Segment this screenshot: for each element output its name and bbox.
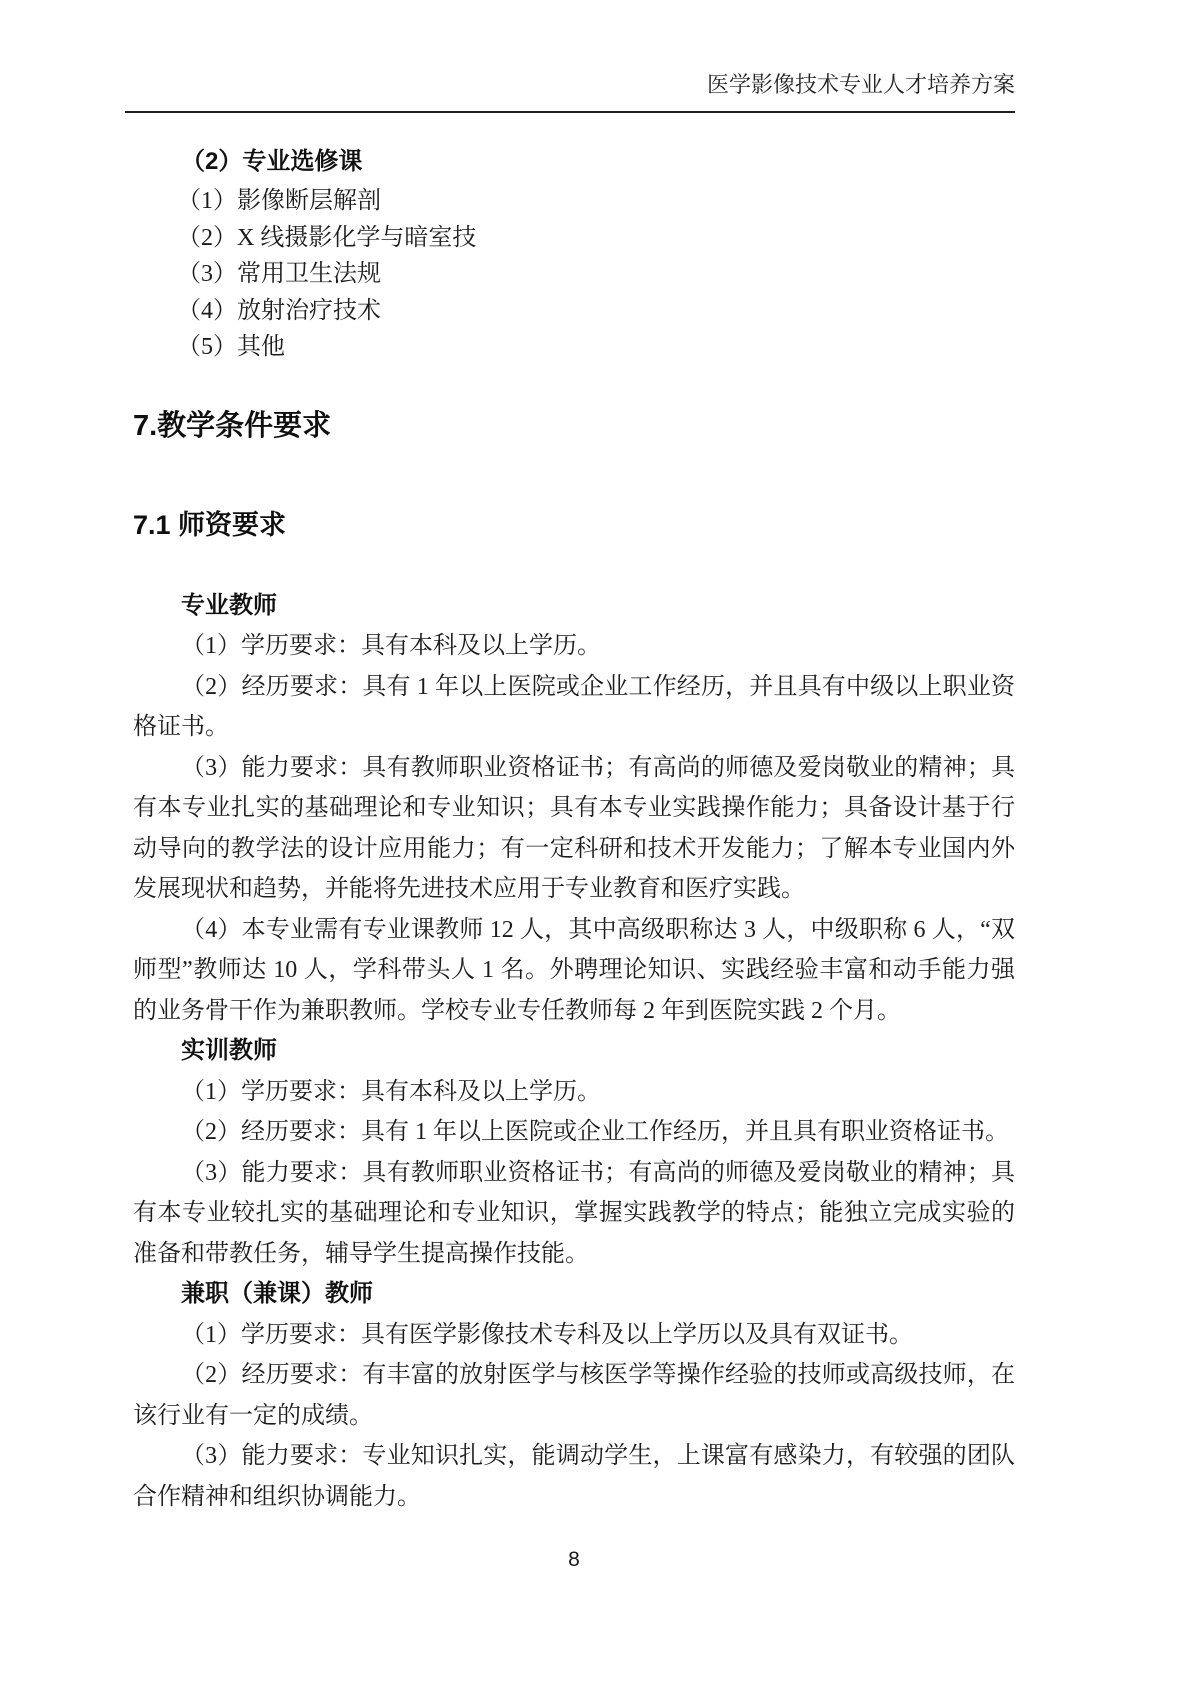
header-title: 医学影像技术专业人才培养方案 — [707, 72, 1015, 97]
elective-courses-heading: （2）专业选修课 — [133, 143, 1015, 181]
elective-course-list: （1）影像断层解剖 （2）X 线摄影化学与暗室技 （3）常用卫生法规 （4）放射… — [133, 183, 1015, 366]
group-title-parttime: 兼职（兼课）教师 — [133, 1274, 1015, 1315]
page-footer: 8 — [133, 1548, 1015, 1572]
course-item: （5）其他 — [133, 329, 1015, 366]
group-title-professional: 专业教师 — [133, 586, 1015, 627]
section-7-1-heading: 7.1 师资要求 — [133, 508, 1015, 542]
teacher-group-professional: 专业教师 （1）学历要求：具有本科及以上学历。 （2）经历要求：具有 1 年以上… — [133, 586, 1015, 1032]
document-page: 医学影像技术专业人才培养方案 （2）专业选修课 （1）影像断层解剖 （2）X 线… — [0, 0, 1199, 1696]
body-paragraph: （2）经历要求：具有 1 年以上医院或企业工作经历，并且具有职业资格证书。 — [133, 1112, 1015, 1153]
course-item: （2）X 线摄影化学与暗室技 — [133, 220, 1015, 257]
course-item: （4）放射治疗技术 — [133, 293, 1015, 330]
group-title-training: 实训教师 — [133, 1031, 1015, 1072]
teacher-group-training: 实训教师 （1）学历要求：具有本科及以上学历。 （2）经历要求：具有 1 年以上… — [133, 1031, 1015, 1274]
body-paragraph: （4）本专业需有专业课教师 12 人，其中高级职称达 3 人，中级职称 6 人，… — [133, 910, 1015, 1032]
course-item: （3）常用卫生法规 — [133, 256, 1015, 293]
body-paragraph: （3）能力要求：具有教师职业资格证书；有高尚的师德及爱岗敬业的精神；具有本专业较… — [133, 1153, 1015, 1275]
body-paragraph: （2）经历要求：有丰富的放射医学与核医学等操作经验的技师或高级技师，在该行业有一… — [133, 1355, 1015, 1436]
body-paragraph: （1）学历要求：具有本科及以上学历。 — [133, 626, 1015, 667]
section-7-heading: 7.教学条件要求 — [133, 408, 1015, 444]
body-paragraph: （3）能力要求：具有教师职业资格证书；有高尚的师德及爱岗敬业的精神；具有本专业扎… — [133, 748, 1015, 910]
course-item: （1）影像断层解剖 — [133, 183, 1015, 220]
page-number: 8 — [568, 1548, 580, 1571]
body-paragraph: （1）学历要求：具有本科及以上学历。 — [133, 1072, 1015, 1113]
body-paragraph: （1）学历要求：具有医学影像技术专科及以上学历以及具有双证书。 — [133, 1315, 1015, 1356]
body-paragraph: （2）经历要求：具有 1 年以上医院或企业工作经历，并且具有中级以上职业资格证书… — [133, 667, 1015, 748]
page-header: 医学影像技术专业人才培养方案 — [125, 70, 1015, 113]
body-paragraph: （3）能力要求：专业知识扎实，能调动学生，上课富有感染力，有较强的团队合作精神和… — [133, 1436, 1015, 1517]
teacher-group-parttime: 兼职（兼课）教师 （1）学历要求：具有医学影像技术专科及以上学历以及具有双证书。… — [133, 1274, 1015, 1517]
